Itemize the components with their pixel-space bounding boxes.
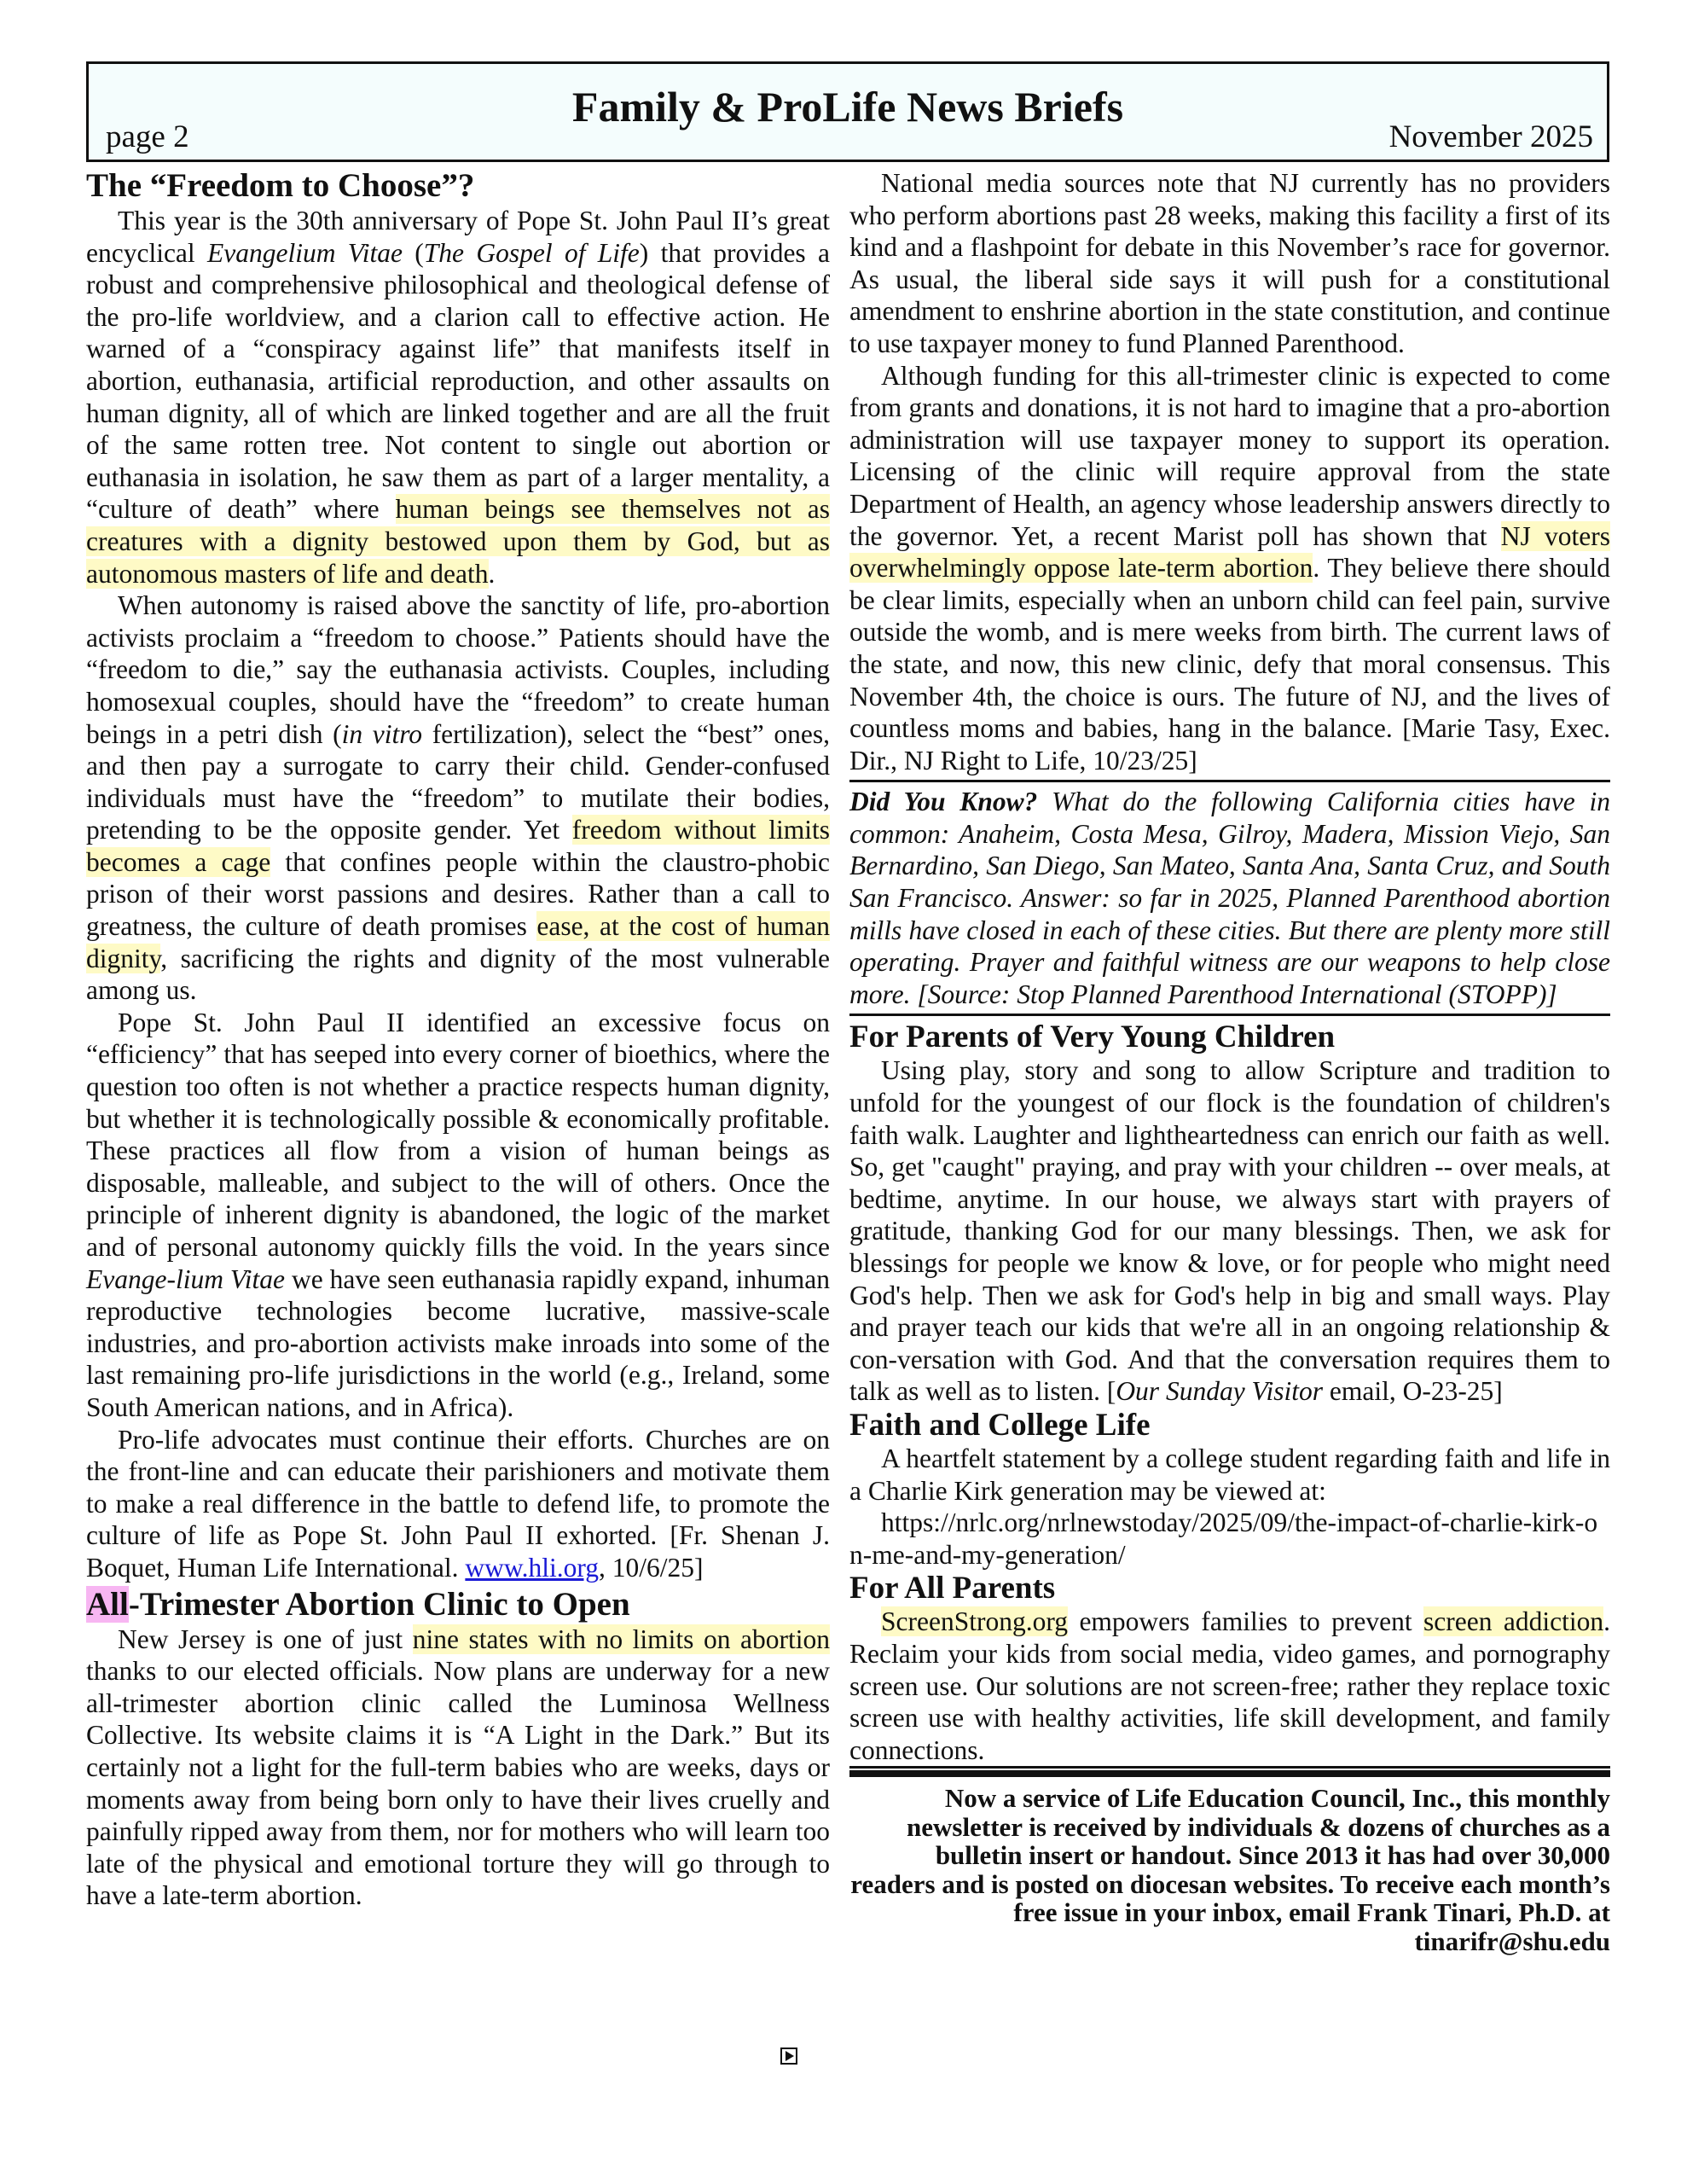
text: , sacrificing the rights and dignity of … <box>86 944 830 1006</box>
paragraph: Pro-life advocates must continue their e… <box>86 1424 830 1584</box>
paragraph: Using play, story and song to allow Scri… <box>849 1054 1610 1408</box>
text: . They believe there should be clear lim… <box>849 553 1610 775</box>
text: New Jersey is one of just <box>118 1624 413 1654</box>
did-you-know-box: Did You Know? What do the following Cali… <box>849 786 1610 1010</box>
article-all-trimester-clinic: All-Trimester Abortion Clinic to Open Ne… <box>86 1586 830 1912</box>
highlighted-text: ScreenStrong.org <box>881 1606 1068 1636</box>
italic-source: Our Sunday Visitor <box>1116 1376 1323 1406</box>
paragraph: A heartfelt statement by a college stude… <box>849 1443 1610 1507</box>
italic-title: The Gospel of Life <box>424 238 640 268</box>
italic-title: Evange-lium Vitae <box>86 1264 285 1294</box>
masthead: Family & ProLife News Briefs page 2 Nove… <box>86 61 1609 162</box>
italic-term: in vitro <box>342 719 422 749</box>
paragraph: ScreenStrong.org empowers families to pr… <box>849 1606 1610 1766</box>
paragraph: National media sources note that NJ curr… <box>849 167 1610 360</box>
text: , 10/6/25] <box>599 1553 704 1583</box>
text: thanks to our elected officials. Now pla… <box>86 1656 830 1910</box>
paragraph: Although funding for this all-trimester … <box>849 360 1610 777</box>
italic-title: Evangelium Vitae <box>207 238 403 268</box>
article-heading: For All Parents <box>849 1571 1610 1606</box>
article-freedom-to-choose: The “Freedom to Choose”? This year is th… <box>86 167 830 1584</box>
paragraph: Pope St. John Paul II identified an exce… <box>86 1007 830 1424</box>
right-column: National media sources note that NJ curr… <box>849 167 1610 1955</box>
heading-text: -Trimester Abortion Clinic to Open <box>129 1586 630 1623</box>
article-young-children: For Parents of Very Young Children Using… <box>849 1019 1610 1408</box>
did-you-know-label: Did You Know? <box>849 787 1037 816</box>
continue-arrow-icon <box>780 2047 797 2065</box>
highlighted-text: screen addiction <box>1423 1606 1603 1636</box>
paragraph: New Jersey is one of just nine states wi… <box>86 1623 830 1912</box>
article-all-parents: For All Parents ScreenStrong.org empower… <box>849 1571 1610 1766</box>
issue-date: November 2025 <box>1389 120 1593 154</box>
footer-divider <box>849 1770 1610 1777</box>
text: Although funding for this all-trimester … <box>849 361 1610 551</box>
article-heading: For Parents of Very Young Children <box>849 1019 1610 1054</box>
paragraph: When autonomy is raised above the sancti… <box>86 590 830 1007</box>
text: . <box>489 559 496 589</box>
text: Pro-life advocates must continue their e… <box>86 1425 830 1583</box>
text: ( <box>403 238 424 268</box>
text: email, O-23-25] <box>1323 1376 1503 1406</box>
highlighted-text: nine states with no limits on abortion <box>413 1624 830 1654</box>
footer-notice: Now a service of Life Education Council,… <box>849 1784 1610 1955</box>
article-heading: Faith and College Life <box>849 1408 1610 1443</box>
text: empowers families to prevent <box>1068 1606 1423 1636</box>
article-college-life: Faith and College Life A heartfelt state… <box>849 1408 1610 1571</box>
text: Using play, story and song to allow Scri… <box>849 1055 1610 1406</box>
article-heading: The “Freedom to Choose”? <box>86 167 830 205</box>
text: ) that provides a robust and comprehensi… <box>86 238 830 525</box>
highlighted-heading-word: All <box>86 1586 129 1623</box>
article-heading: All-Trimester Abortion Clinic to Open <box>86 1586 830 1623</box>
paragraph: This year is the 30th anniversary of Pop… <box>86 205 830 590</box>
did-you-know-text: What do the following California cities … <box>849 787 1610 1009</box>
divider <box>849 1014 1610 1016</box>
hli-link[interactable]: www.hli.org <box>465 1553 599 1583</box>
text: Pope St. John Paul II identified an exce… <box>86 1008 830 1262</box>
page-number: page 2 <box>106 120 189 154</box>
article-url[interactable]: https://nrlc.org/nrlnewstoday/2025/09/th… <box>849 1507 1610 1571</box>
divider <box>849 1766 1610 1769</box>
divider <box>849 780 1610 782</box>
left-column: The “Freedom to Choose”? This year is th… <box>86 167 830 1912</box>
newsletter-title: Family & ProLife News Briefs <box>89 83 1607 131</box>
